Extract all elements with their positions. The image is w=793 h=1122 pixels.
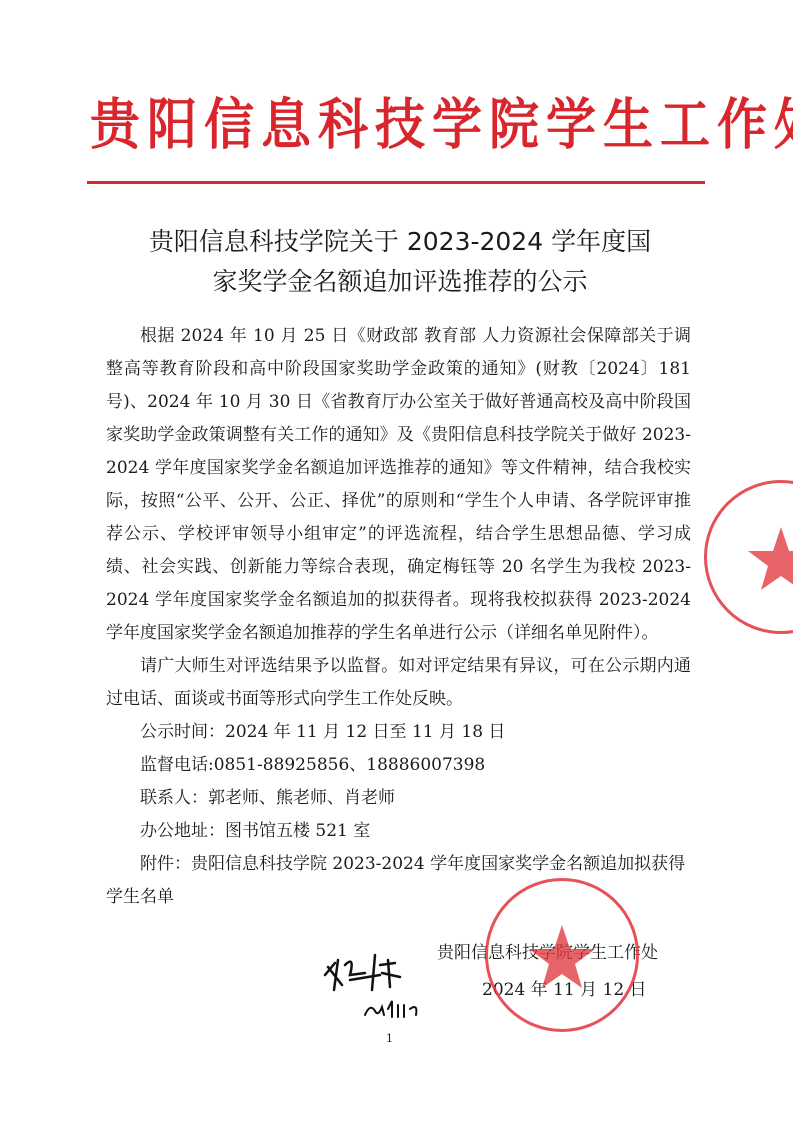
seal-star-icon [707, 483, 793, 631]
title-line-1: 贵阳信息科技学院关于 2023-2024 学年度国 [100, 222, 700, 262]
office-address: 办公地址：图书馆五楼 521 室 [106, 815, 691, 848]
publicity-period: 公示时间：2024 年 11 月 12 日至 11 月 18 日 [106, 716, 691, 749]
letterhead-rule [87, 181, 705, 184]
letterhead-title: 贵阳信息科技学院学生工作处 [90, 92, 710, 158]
official-seal [485, 878, 639, 1032]
official-seal-edge [704, 480, 793, 634]
signature-handwritten [320, 945, 430, 1025]
contacts: 联系人：郭老师、熊老师、肖老师 [106, 782, 691, 815]
paragraph-supervision: 请广大师生对评选结果予以监督。如对评定结果有异议，可在公示期内通过电话、面谈或书… [106, 650, 691, 716]
paragraph-basis: 根据 2024 年 10 月 25 日《财政部 教育部 人力资源社会保障部关于调… [106, 320, 691, 650]
document-title: 贵阳信息科技学院关于 2023-2024 学年度国 家奖学金名额追加评选推荐的公… [100, 222, 700, 302]
seal-star-icon [488, 881, 636, 1029]
document-body: 根据 2024 年 10 月 25 日《财政部 教育部 人力资源社会保障部关于调… [106, 320, 691, 914]
supervision-phone: 监督电话:0851-88925856、18886007398 [106, 749, 691, 782]
handwritten-signature-icon [320, 945, 430, 1025]
title-line-2: 家奖学金名额追加评选推荐的公示 [100, 262, 700, 302]
page-number: 1 [386, 1032, 393, 1045]
